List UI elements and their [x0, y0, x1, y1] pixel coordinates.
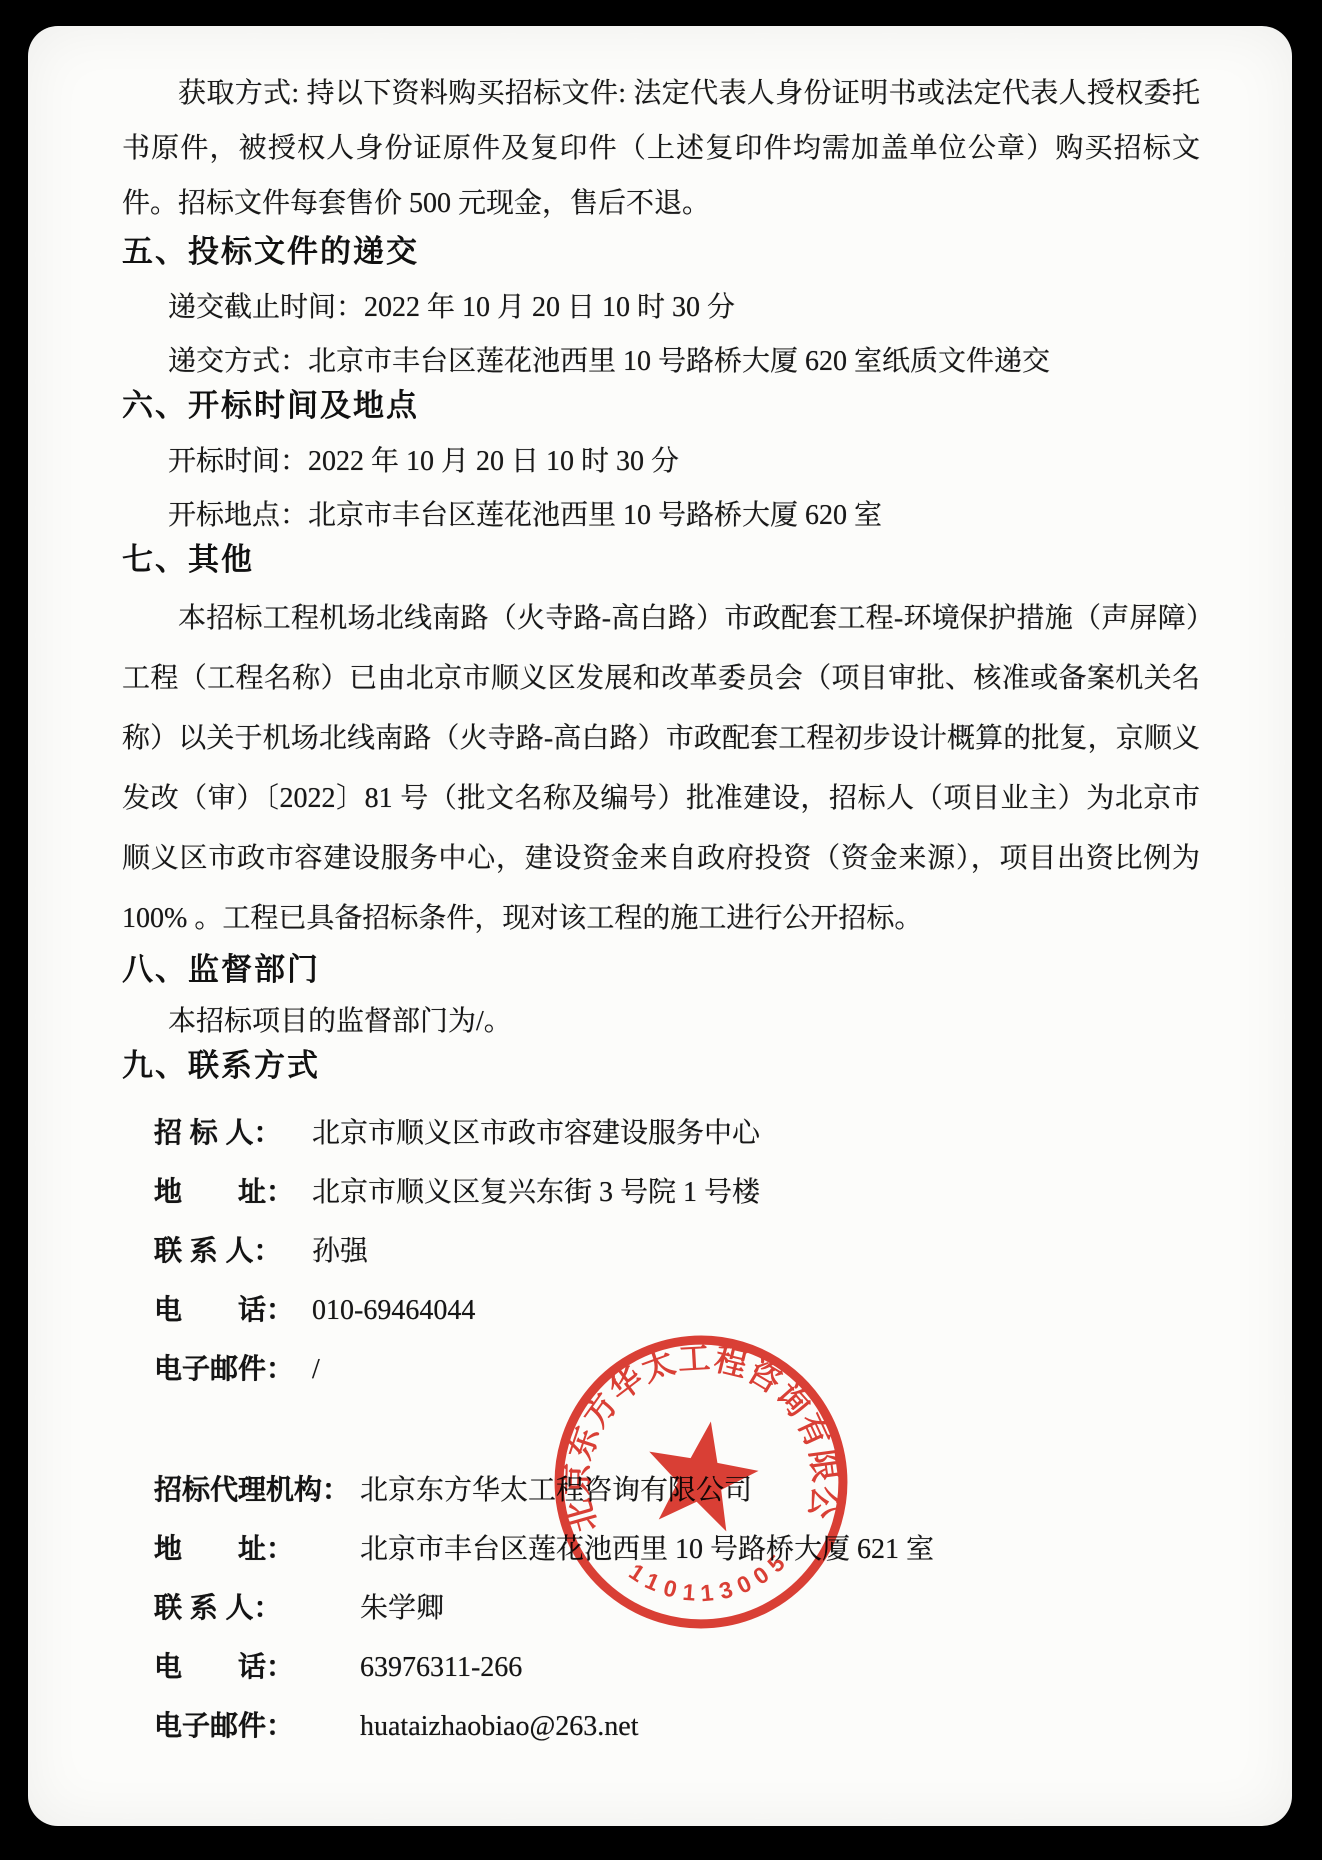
section-5-heading: 五、投标文件的递交	[122, 231, 1200, 273]
section-9-heading: 九、联系方式	[122, 1045, 1200, 1087]
document-content: 获取方式: 持以下资料购买招标文件: 法定代表人身份证明书或法定代表人授权委托书…	[28, 26, 1292, 1826]
agency-row: 招标代理机构：北京东方华太工程咨询有限公司	[122, 1460, 1200, 1519]
phone-label: 电 话：	[154, 1280, 312, 1339]
tenderer-label: 招 标 人：	[154, 1103, 312, 1162]
submission-deadline-line: 递交截止时间：2022 年 10 月 20 日 10 时 30 分	[122, 285, 1200, 331]
email-value: /	[312, 1354, 320, 1385]
tenderer-row: 招 标 人：北京市顺义区市政市容建设服务中心	[122, 1103, 1200, 1162]
scan-black-border: { "document": { "intro_paragraph": "获取方式…	[0, 0, 1322, 1860]
agency-phone-row: 电 话：63976311-266	[122, 1637, 1200, 1696]
address-label: 地 址：	[154, 1162, 312, 1221]
tenderer-contact-block: 招 标 人：北京市顺义区市政市容建设服务中心 地 址：北京市顺义区复兴东街 3 …	[122, 1103, 1200, 1398]
tenderer-email-row: 电子邮件：/	[122, 1339, 1200, 1398]
supervision-line: 本招标项目的监督部门为/。	[122, 999, 1200, 1045]
section-8-heading: 八、监督部门	[122, 949, 1200, 991]
section-7-heading: 七、其他	[122, 539, 1200, 581]
document-page: 获取方式: 持以下资料购买招标文件: 法定代表人身份证明书或法定代表人授权委托书…	[28, 26, 1292, 1826]
agency-email-row: 电子邮件：huataizhaobiao@263.net	[122, 1696, 1200, 1755]
email-label: 电子邮件：	[154, 1339, 312, 1398]
tenderer-contact-person-row: 联 系 人：孙强	[122, 1221, 1200, 1280]
submission-method-line: 递交方式：北京市丰台区莲花池西里 10 号路桥大厦 620 室纸质文件递交	[122, 339, 1200, 385]
agency-contact-person-row: 联 系 人：朱学卿	[122, 1578, 1200, 1637]
agency-email-label: 电子邮件：	[154, 1696, 312, 1755]
acquisition-paragraph: 获取方式: 持以下资料购买招标文件: 法定代表人身份证明书或法定代表人授权委托书…	[122, 66, 1200, 231]
agency-address-label: 地 址：	[154, 1519, 312, 1578]
agency-phone-label: 电 话：	[154, 1637, 312, 1696]
address-value: 北京市顺义区复兴东街 3 号院 1 号楼	[312, 1177, 760, 1208]
agency-contact-block: 招标代理机构：北京东方华太工程咨询有限公司 地 址：北京市丰台区莲花池西里 10…	[122, 1460, 1200, 1755]
agency-address-row: 地 址：北京市丰台区莲花池西里 10 号路桥大厦 621 室	[122, 1519, 1200, 1578]
tenderer-address-row: 地 址：北京市顺义区复兴东街 3 号院 1 号楼	[122, 1162, 1200, 1221]
agency-contact-person-value: 朱学卿	[360, 1593, 444, 1624]
tenderer-phone-row: 电 话：010-69464044	[122, 1280, 1200, 1339]
agency-value: 北京东方华太工程咨询有限公司	[360, 1475, 752, 1506]
agency-contact-person-label: 联 系 人：	[154, 1578, 312, 1637]
contact-person-label: 联 系 人：	[154, 1221, 312, 1280]
agency-address-value: 北京市丰台区莲花池西里 10 号路桥大厦 621 室	[360, 1534, 934, 1565]
bid-opening-place-line: 开标地点：北京市丰台区莲花池西里 10 号路桥大厦 620 室	[122, 493, 1200, 539]
agency-email-value: huataizhaobiao@263.net	[360, 1711, 638, 1742]
contact-person-value: 孙强	[312, 1236, 368, 1267]
project-description-paragraph: 本招标工程机场北线南路（火寺路-高白路）市政配套工程-环境保护措施（声屏障）工程…	[122, 589, 1200, 949]
section-6-heading: 六、开标时间及地点	[122, 385, 1200, 427]
agency-label: 招标代理机构：	[154, 1460, 350, 1519]
agency-phone-value: 63976311-266	[360, 1652, 522, 1683]
tenderer-value: 北京市顺义区市政市容建设服务中心	[312, 1118, 760, 1149]
bid-opening-time-line: 开标时间：2022 年 10 月 20 日 10 时 30 分	[122, 439, 1200, 485]
phone-value: 010-69464044	[312, 1295, 475, 1326]
